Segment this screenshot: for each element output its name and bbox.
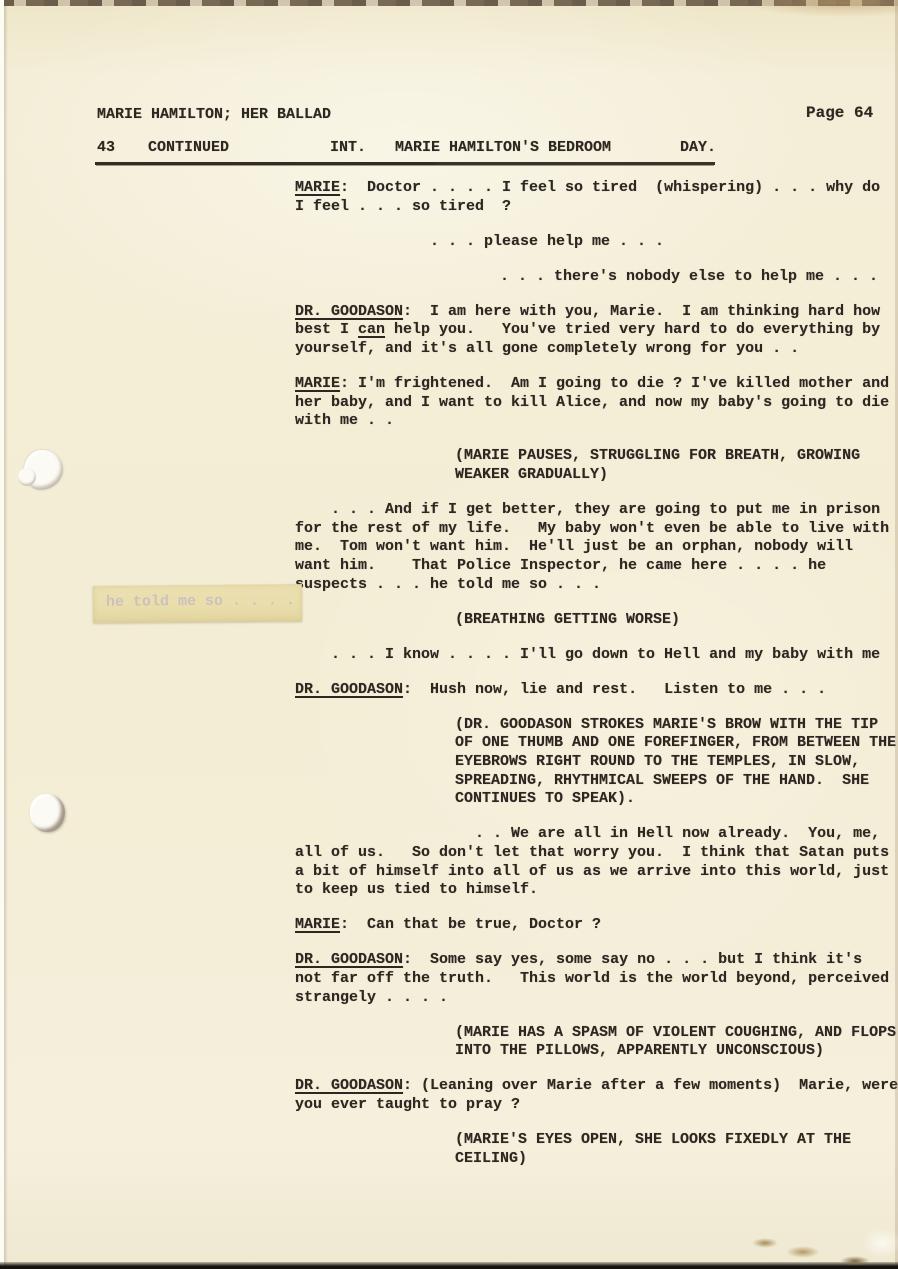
top-right-smudge: [688, 0, 898, 24]
scene-location: MARIE HAMILTON'S BEDROOM: [395, 139, 611, 158]
stage-direction-block: (MARIE PAUSES, STRUGGLING FOR BREATH, GR…: [455, 447, 898, 484]
script-body: MARIE: Doctor . . . . I feel so tired (w…: [0, 179, 898, 1185]
punch-hole-bottom: [30, 794, 65, 832]
bottom-paper-edge: [0, 1262, 898, 1269]
aged-top-edge: [0, 0, 898, 6]
speech-continuation-block: . . . I know . . . . I'll go down to Hel…: [295, 646, 898, 665]
stage-direction-block: (MARIE HAS A SPASM OF VIOLENT COUGHING, …: [455, 1024, 898, 1061]
scene-time-of-day: DAY.: [680, 139, 716, 158]
dialogue-block: MARIE: Doctor . . . . I feel so tired (w…: [295, 179, 898, 216]
stage-direction-block: (BREATHING GETTING WORSE): [455, 611, 898, 630]
dialogue-block: MARIE: I'm frightened. Am I going to die…: [295, 375, 898, 431]
corner-fold-highlight: [862, 1228, 898, 1258]
page-number: Page 64: [806, 104, 873, 123]
stage-direction-block: (DR. GOODASON STROKES MARIE'S BROW WITH …: [455, 716, 898, 809]
correction-tape-strip: he told me so . . . .: [93, 584, 302, 623]
document-title: MARIE HAMILTON; HER BALLAD: [97, 106, 331, 125]
correction-tape-faded-text: he told me so . . . .: [106, 592, 295, 612]
script-page-sheet: MARIE HAMILTON; HER BALLAD Page 64 43 CO…: [0, 0, 898, 1269]
scene-heading: 43 CONTINUED INT. MARIE HAMILTON'S BEDRO…: [0, 139, 898, 165]
scene-number: 43: [97, 139, 115, 158]
stain-mark: [752, 1238, 778, 1248]
dialogue-cue-line: . . . please help me . . .: [430, 233, 898, 252]
dialogue-block: DR. GOODASON: Hush now, lie and rest. Li…: [295, 681, 898, 700]
stain-mark: [840, 1256, 870, 1266]
speech-continuation-block: . . We are all in Hell now already. You,…: [295, 825, 898, 899]
dialogue-cue-line: . . . there's nobody else to help me . .…: [500, 268, 898, 287]
dialogue-block: DR. GOODASON: Some say yes, some say no …: [295, 951, 898, 1007]
dialogue-block: MARIE: Can that be true, Doctor ?: [295, 916, 898, 935]
scene-heading-underline: [95, 162, 715, 165]
speech-continuation-block: . . . And if I get better, they are goin…: [295, 501, 898, 594]
dialogue-block: DR. GOODASON: (Leaning over Marie after …: [295, 1077, 898, 1114]
dialogue-block: DR. GOODASON: I am here with you, Marie.…: [295, 303, 898, 359]
continued-label: CONTINUED: [148, 139, 229, 158]
stain-mark: [786, 1246, 820, 1258]
interior-label: INT.: [330, 139, 366, 158]
stage-direction-block: (MARIE'S EYES OPEN, SHE LOOKS FIXEDLY AT…: [455, 1131, 898, 1168]
